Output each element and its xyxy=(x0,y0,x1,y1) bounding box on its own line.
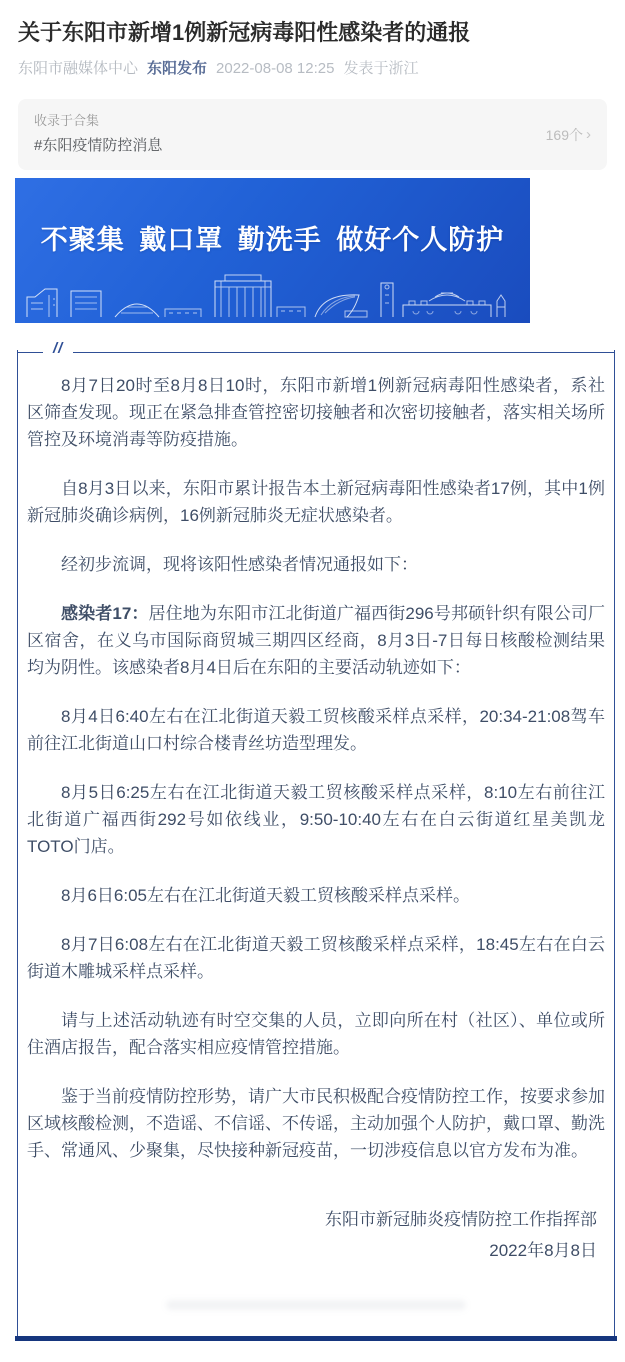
notice-paragraph: 8月7日20时至8月8日10时，东阳市新增1例新冠病毒阳性感染者，系社区筛查发现… xyxy=(27,372,605,453)
byline-author: 东阳市融媒体中心 xyxy=(18,58,138,79)
collection-count-text: 169个 xyxy=(546,125,583,145)
notice-paragraph: 8月7日6:08左右在江北街道天毅工贸核酸采样点采样，18:45左右在白云街道木… xyxy=(27,931,605,985)
notice-paragraph: 鉴于当前疫情防控形势，请广大市民积极配合疫情防控工作，按要求参加区域核酸检测，不… xyxy=(27,1083,605,1164)
byline-account-link[interactable]: 东阳发布 xyxy=(147,58,207,79)
collection-card[interactable]: 收录于合集 #东阳疫情防控消息 169个 › xyxy=(18,99,607,170)
double-slash-decoration: // xyxy=(53,342,63,356)
notice-paragraph: 8月5日6:25左右在江北街道天毅工贸核酸采样点采样，8:10左右前往江北街道广… xyxy=(27,779,605,860)
bottom-gap xyxy=(0,1352,625,1362)
byline: 东阳市融媒体中心 东阳发布 2022-08-08 12:25 发表于浙江 xyxy=(18,58,607,79)
banner-slogan: 不聚集 戴口罩 勤洗手 做好个人防护 xyxy=(15,218,530,257)
signature-org: 东阳市新冠肺炎疫情防控工作指挥部 xyxy=(27,1204,597,1235)
byline-datetime: 2022-08-08 12:25 xyxy=(216,58,334,79)
notice-paragraph: 自8月3日以来，东阳市累计报告本土新冠病毒阳性感染者17例，其中1例新冠肺炎确诊… xyxy=(27,475,605,529)
article-page: 关于东阳市新增1例新冠病毒阳性感染者的通报 东阳市融媒体中心 东阳发布 2022… xyxy=(0,18,625,1362)
notice-paragraph: 8月4日6:40左右在江北街道天毅工贸核酸采样点采样，20:34-21:08驾车… xyxy=(27,703,605,757)
notice-box-top-border: // xyxy=(17,342,615,356)
notice-body: 8月7日20时至8月8日10时，东阳市新增1例新冠病毒阳性感染者，系社区筛查发现… xyxy=(27,366,605,1164)
banner-image: 不聚集 戴口罩 勤洗手 做好个人防护 xyxy=(15,178,530,323)
byline-location: 发表于浙江 xyxy=(343,58,418,79)
city-skyline-icon xyxy=(15,267,530,319)
notice-paragraph: 8月6日6:05左右在江北街道天毅工贸核酸采样点采样。 xyxy=(27,882,605,909)
watermark-smudge xyxy=(166,1300,466,1310)
border-segment xyxy=(17,352,43,353)
collection-tag[interactable]: #东阳疫情防控消息 xyxy=(34,135,162,157)
notice-box: // 8月7日20时至8月8日10时，东阳市新增1例新冠病毒阳性感染者，系社区筛… xyxy=(17,350,615,1336)
collection-label: 收录于合集 xyxy=(34,112,162,130)
signature-date: 2022年8月8日 xyxy=(27,1235,597,1266)
case-label: 感染者17： xyxy=(61,604,149,623)
signature-block: 东阳市新冠肺炎疫情防控工作指挥部 2022年8月8日 xyxy=(27,1204,605,1266)
border-segment xyxy=(73,352,615,353)
notice-paragraph: 经初步流调，现将该阳性感染者情况通报如下： xyxy=(27,551,605,578)
collection-info: 收录于合集 #东阳疫情防控消息 xyxy=(34,112,162,157)
page-title: 关于东阳市新增1例新冠病毒阳性感染者的通报 xyxy=(18,18,607,48)
notice-paragraph: 感染者17：居住地为东阳市江北街道广福西街296号邦硕针织有限公司厂区宿舍，在义… xyxy=(27,600,605,681)
collection-count[interactable]: 169个 › xyxy=(546,125,591,145)
notice-paragraph: 请与上述活动轨迹有时空交集的人员，立即向所在村（社区）、单位或所住酒店报告，配合… xyxy=(27,1007,605,1061)
chevron-right-icon: › xyxy=(586,126,591,143)
